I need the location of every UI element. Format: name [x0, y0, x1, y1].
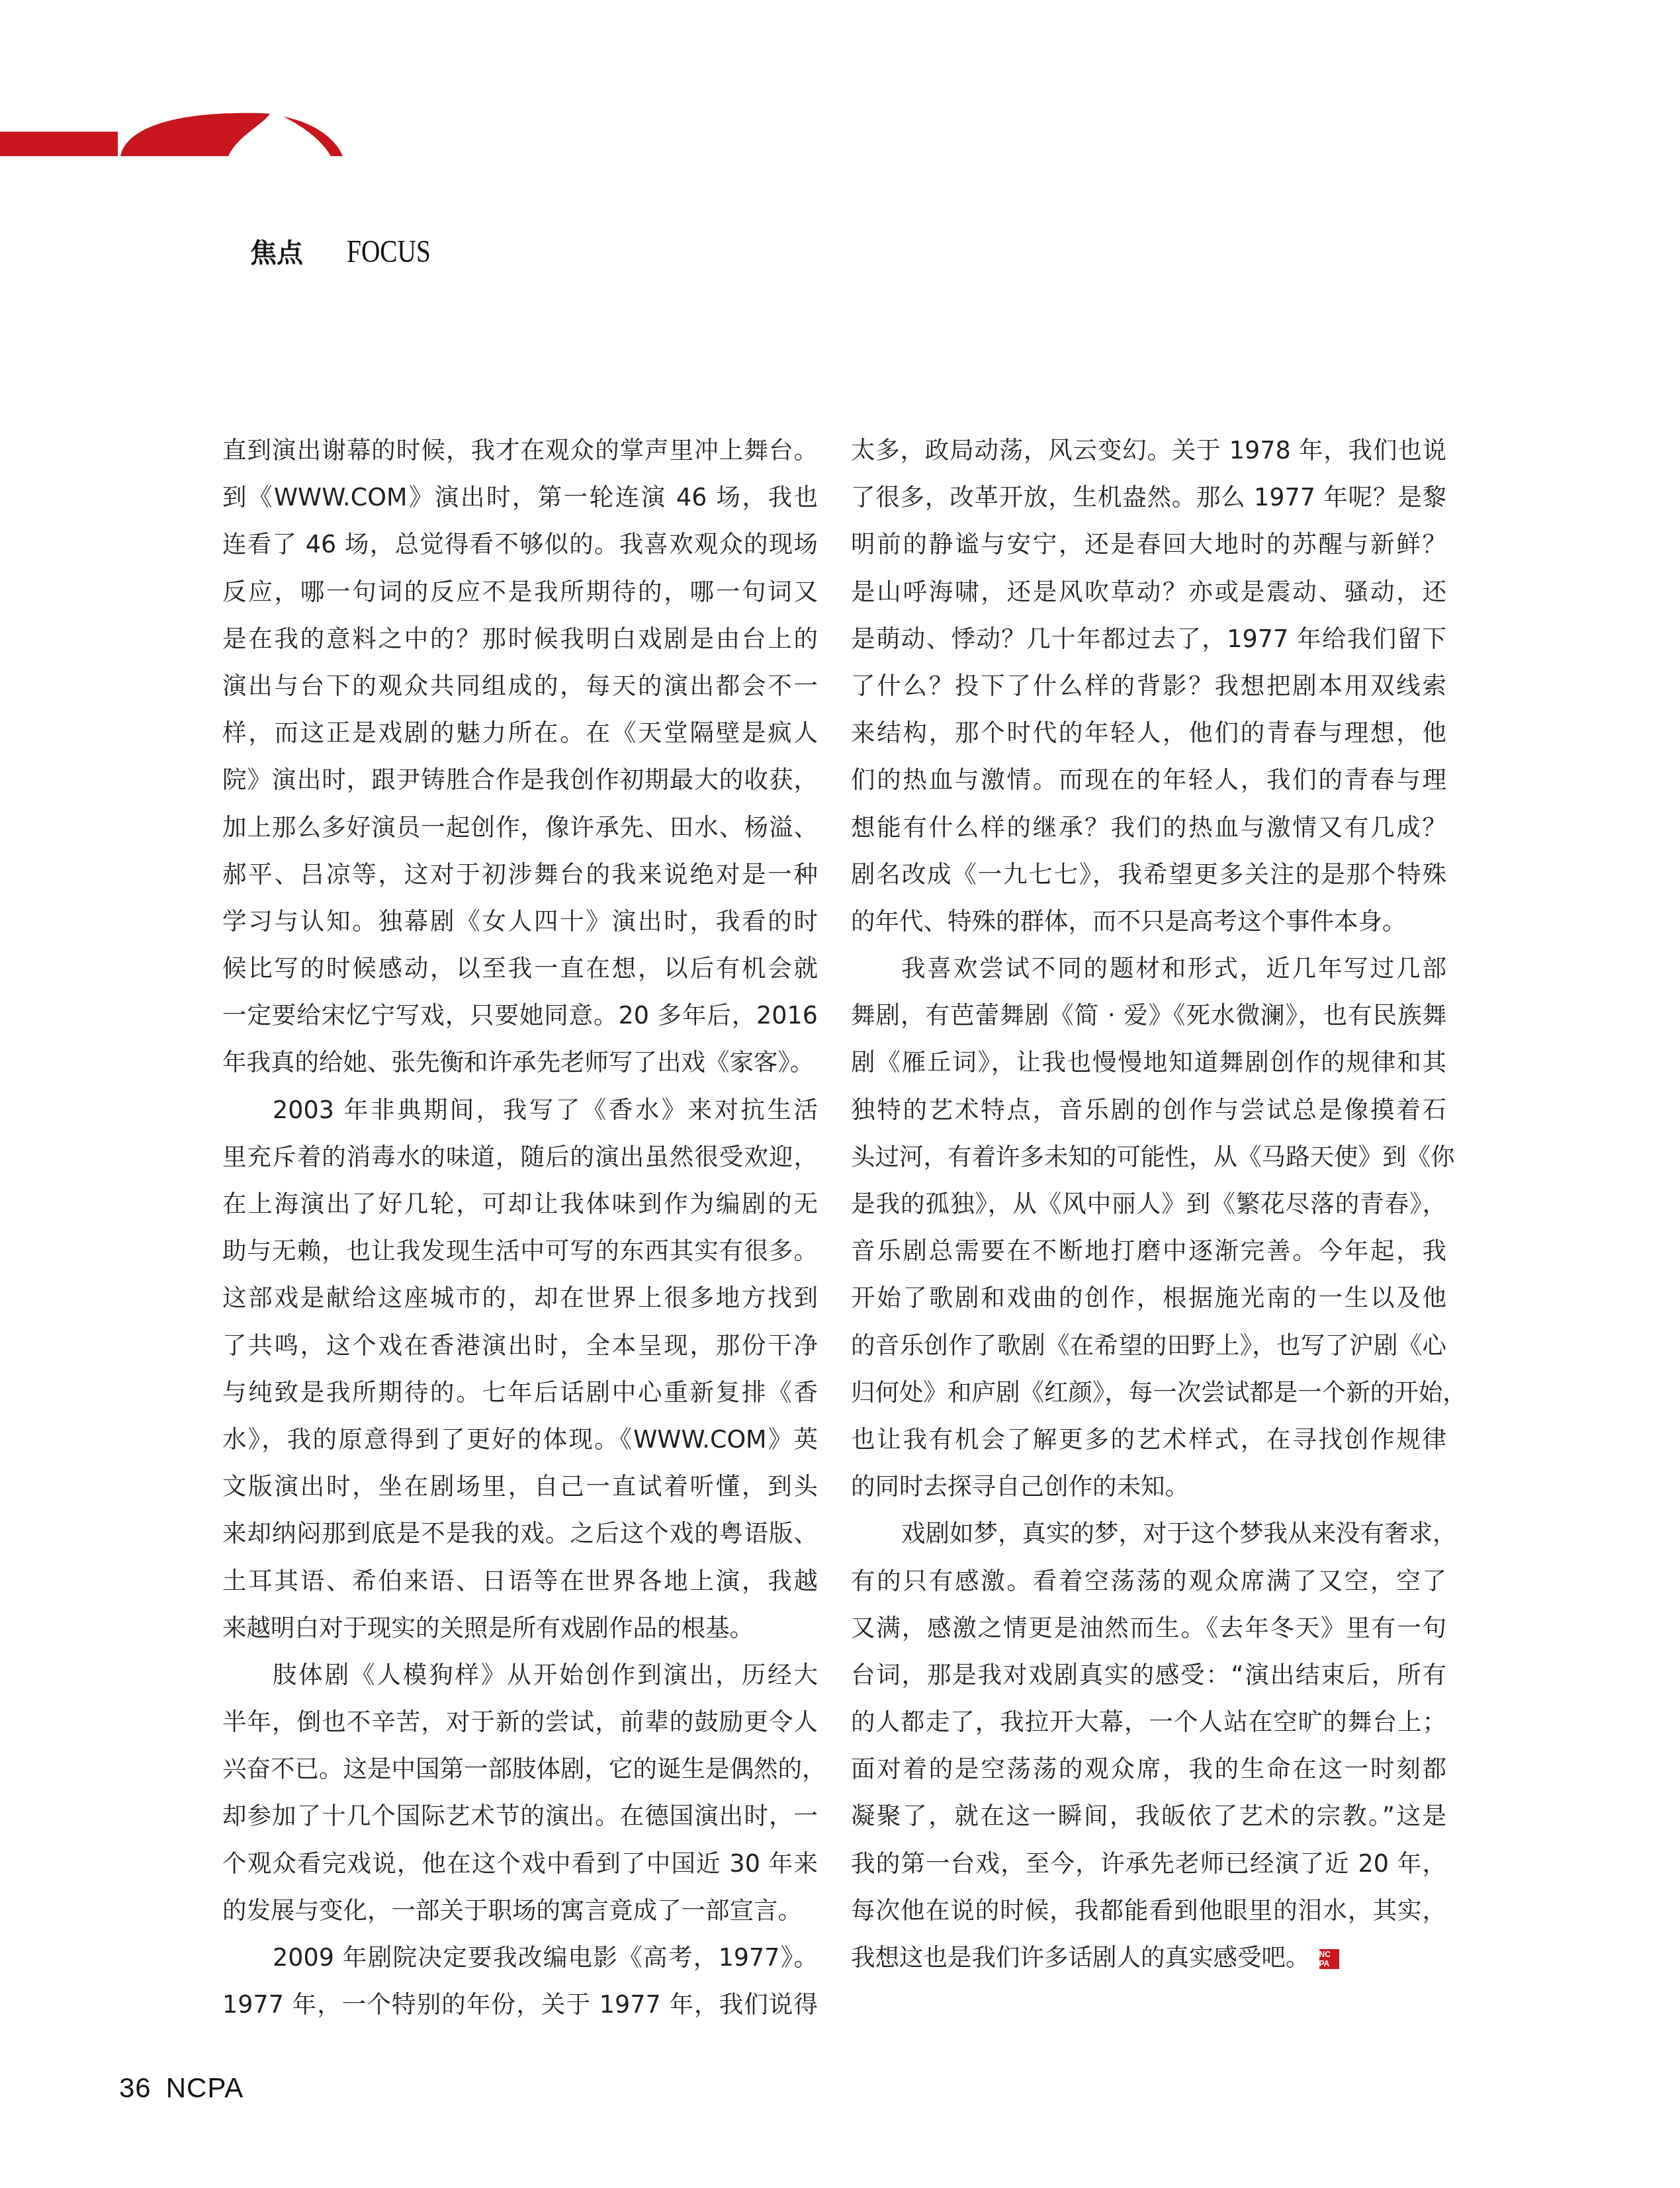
- text-line: 的音乐创作了歌剧《在希望的田野上》，也写了沪剧《心: [851, 1329, 1446, 1376]
- text-line: 音乐剧总需要在不断地打磨中逐渐完善。今年起，我: [851, 1234, 1446, 1281]
- text-line-content: 是在我的意料之中的？那时候我明白戏剧是由台上的: [222, 625, 818, 653]
- text-line: 候比写的时候感动，以至我一直在想，以后有机会就: [222, 951, 818, 998]
- text-line: 又满，感激之情更是油然而生。《去年冬天》里有一句: [851, 1611, 1446, 1658]
- text-line: 个观众看完戏说，他在这个戏中看到了中国近 30 年来: [222, 1847, 818, 1894]
- text-line-content: 剧《雁丘词》，让我也慢慢地知道舞剧创作的规律和其: [851, 1048, 1446, 1076]
- text-line: 文版演出时，坐在剧场里，自己一直试着听懂，到头: [222, 1469, 818, 1516]
- text-line: 归何处》和庐剧《红颜》，每一次尝试都是一个新的开始，: [851, 1376, 1446, 1422]
- text-line: 却参加了十几个国际艺术节的演出。在德国演出时，一: [222, 1799, 818, 1846]
- text-line-content: 了很多，改革开放，生机盎然。那么 1977 年呢？是黎: [851, 483, 1446, 511]
- text-line-content: 连看了 46 场，总觉得看不够似的。我喜欢观众的现场: [222, 530, 818, 558]
- text-line: 的发展与变化，一部关于职场的寓言竟成了一部宣言。: [222, 1894, 818, 1941]
- text-line: 样，而这正是戏剧的魅力所在。在《天堂隔壁是疯人: [222, 716, 818, 763]
- text-line-content: 我的第一台戏，至今，许承先老师已经演了近 20 年，: [851, 1849, 1446, 1878]
- text-line: 与纯致是我所期待的。七年后话剧中心重新复排《香: [222, 1376, 818, 1422]
- text-line-content: 个观众看完戏说，他在这个戏中看到了中国近 30 年来: [222, 1849, 818, 1878]
- text-line-content: 来却纳闷那到底是不是我的戏。之后这个戏的粤语版、: [222, 1519, 818, 1548]
- text-line: 明前的静谧与安宁，还是春回大地时的苏醒与新鲜？: [851, 527, 1446, 574]
- text-line-content: 兴奋不已。这是中国第一部肢体剧，它的诞生是偶然的，: [222, 1755, 826, 1783]
- text-line-content: 剧名改成《一九七七》，我希望更多关注的是那个特殊: [851, 860, 1446, 889]
- text-line-content: 面对着的是空荡荡的观众席，我的生命在这一时刻都: [851, 1755, 1446, 1783]
- text-line: 土耳其语、希伯来语、日语等在世界各地上演，我越: [222, 1564, 818, 1611]
- text-line-content: 演出与台下的观众共同组成的，每天的演出都会不一: [222, 672, 818, 700]
- text-line-content: 来结构，那个时代的年轻人，他们的青春与理想，他: [851, 719, 1446, 747]
- text-line: 了什么？投下了什么样的背影？我想把剧本用双线索: [851, 669, 1446, 716]
- text-line: 助与无赖，也让我发现生活中可写的东西其实有很多。: [222, 1234, 818, 1281]
- text-line-content: 我想这也是我们许多话剧人的真实感受吧。: [851, 1943, 1310, 1972]
- text-line: 年我真的给她、张先衡和许承先老师写了出戏《家客》。: [222, 1045, 818, 1092]
- text-line-content: 是我的孤独》，从《风中丽人》到《繁花尽落的青春》，: [851, 1190, 1446, 1218]
- text-line: 们的热血与激情。而现在的年轻人，我们的青春与理: [851, 763, 1446, 810]
- text-line-content: 有的只有感激。看着空荡荡的观众席满了又空，空了: [851, 1567, 1446, 1595]
- text-line-content: 在上海演出了好几轮，可却让我体味到作为编剧的无: [222, 1190, 818, 1218]
- text-line-content: 是山呼海啸，还是风吹草动？亦或是震动、骚动，还: [851, 578, 1446, 606]
- text-line: 半年，倒也不辛苦，对于新的尝试，前辈的鼓励更令人: [222, 1705, 818, 1752]
- text-line-content: 到《WWW.COM》演出时，第一轮连演 46 场，我也: [222, 483, 818, 511]
- text-line-content: 2003 年非典期间，我写了《香水》来对抗生活: [273, 1096, 818, 1124]
- text-line-content: 院》演出时，跟尹铸胜合作是我创作初期最大的收获，: [222, 766, 818, 794]
- text-line: 头过河，有着许多未知的可能性，从《马路天使》到《你: [851, 1140, 1446, 1187]
- text-line-content: 我喜欢尝试不同的题材和形式，近几年写过几部: [901, 954, 1446, 983]
- text-line-content: 样，而这正是戏剧的魅力所在。在《天堂隔壁是疯人: [222, 719, 818, 747]
- text-line-content: 土耳其语、希伯来语、日语等在世界各地上演，我越: [222, 1567, 818, 1595]
- text-line-content: 里充斥着的消毒水的味道，随后的演出虽然很受欢迎，: [222, 1143, 818, 1171]
- text-line: 这部戏是献给这座城市的，却在世界上很多地方找到: [222, 1281, 818, 1328]
- text-line: 1977 年，一个特别的年份，关于 1977 年，我们说得: [222, 1988, 818, 2035]
- text-line: 反应，哪一句词的反应不是我所期待的，哪一句词又: [222, 575, 818, 622]
- text-line: 面对着的是空荡荡的观众席，我的生命在这一时刻都: [851, 1752, 1446, 1799]
- text-line-content: 又满，感激之情更是油然而生。《去年冬天》里有一句: [851, 1614, 1446, 1642]
- article-column-left: 直到演出谢幕的时候，我才在观众的掌声里冲上舞台。到《WWW.COM》演出时，第一…: [222, 433, 818, 2035]
- text-line: 开始了歌剧和戏曲的创作，根据施光南的一生以及他: [851, 1281, 1446, 1328]
- text-line: 是在我的意料之中的？那时候我明白戏剧是由台上的: [222, 622, 818, 669]
- text-line: 2009 年剧院决定要我改编电影《高考，1977》。: [222, 1941, 818, 1988]
- text-line-content: 头过河，有着许多未知的可能性，从《马路天使》到《你: [851, 1143, 1455, 1171]
- text-line-content: 的年代、特殊的群体，而不只是高考这个事件本身。: [851, 907, 1407, 936]
- text-line: 院》演出时，跟尹铸胜合作是我创作初期最大的收获，: [222, 763, 818, 810]
- text-line-content: 反应，哪一句词的反应不是我所期待的，哪一句词又: [222, 578, 818, 606]
- text-line-content: 开始了歌剧和戏曲的创作，根据施光南的一生以及他: [851, 1284, 1446, 1312]
- text-line: 了共鸣，这个戏在香港演出时，全本呈现，那份干净: [222, 1329, 818, 1376]
- text-line: 想能有什么样的继承？我们的热血与激情又有几成？: [851, 810, 1446, 857]
- text-line-content: 年我真的给她、张先衡和许承先老师写了出戏《家客》。: [222, 1048, 814, 1076]
- text-line-content: 文版演出时，坐在剧场里，自己一直试着听懂，到头: [222, 1472, 818, 1501]
- text-line: 学习与认知。独幕剧《女人四十》演出时，我看的时: [222, 904, 818, 951]
- text-line-content: 是萌动、悸动？几十年都过去了，1977 年给我们留下: [851, 625, 1446, 653]
- text-line: 里充斥着的消毒水的味道，随后的演出虽然很受欢迎，: [222, 1140, 818, 1187]
- text-line: 独特的艺术特点，音乐剧的创作与尝试总是像摸着石: [851, 1093, 1446, 1140]
- text-line: 太多，政局动荡，风云变幻。关于 1978 年，我们也说: [851, 433, 1446, 480]
- text-line-content: 了共鸣，这个戏在香港演出时，全本呈现，那份干净: [222, 1331, 818, 1360]
- text-line-content: 归何处》和庐剧《红颜》，每一次尝试都是一个新的开始，: [851, 1378, 1467, 1407]
- text-line: 肢体剧《人模狗样》从开始创作到演出，历经大: [222, 1658, 818, 1705]
- text-line-content: 台词，那是我对戏剧真实的感受：“演出结束后，所有: [851, 1661, 1446, 1689]
- text-line-content: 郝平、吕凉等，这对于初涉舞台的我来说绝对是一种: [222, 860, 818, 889]
- text-line-content: 学习与认知。独幕剧《女人四十》演出时，我看的时: [222, 907, 818, 936]
- text-line: 的年代、特殊的群体，而不只是高考这个事件本身。: [851, 904, 1446, 951]
- text-line: 来结构，那个时代的年轻人，他们的青春与理想，他: [851, 716, 1446, 763]
- section-banner-icon: [0, 106, 476, 172]
- text-line-content: 1977 年，一个特别的年份，关于 1977 年，我们说得: [222, 1990, 818, 2019]
- text-line: 演出与台下的观众共同组成的，每天的演出都会不一: [222, 669, 818, 716]
- text-line-content: 候比写的时候感动，以至我一直在想，以后有机会就: [222, 954, 818, 983]
- text-line: 凝聚了，就在这一瞬间，我皈依了艺术的宗教。”这是: [851, 1799, 1446, 1846]
- text-line: 是萌动、悸动？几十年都过去了，1977 年给我们留下: [851, 622, 1446, 669]
- text-line-content: 这部戏是献给这座城市的，却在世界上很多地方找到: [222, 1284, 818, 1312]
- text-line-content: 的同时去探寻自己创作的未知。: [851, 1472, 1189, 1501]
- publication-name: NCPA: [166, 2072, 244, 2103]
- text-line: 郝平、吕凉等，这对于初涉舞台的我来说绝对是一种: [222, 857, 818, 904]
- text-line: 我的第一台戏，至今，许承先老师已经演了近 20 年，: [851, 1847, 1446, 1894]
- text-line: 在上海演出了好几轮，可却让我体味到作为编剧的无: [222, 1187, 818, 1234]
- text-line-content: 的音乐创作了歌剧《在希望的田野上》，也写了沪剧《心: [851, 1331, 1446, 1360]
- text-line: 加上那么多好演员一起创作，像许承先、田水、杨溢、: [222, 810, 818, 857]
- text-line-content: 水》，我的原意得到了更好的体现。《WWW.COM》英: [222, 1425, 818, 1454]
- text-line: 剧名改成《一九七七》，我希望更多关注的是那个特殊: [851, 857, 1446, 904]
- text-line: 我喜欢尝试不同的题材和形式，近几年写过几部: [851, 951, 1446, 998]
- text-line: 也让我有机会了解更多的艺术样式，在寻找创作规律: [851, 1422, 1446, 1469]
- text-line-content: 独特的艺术特点，音乐剧的创作与尝试总是像摸着石: [851, 1096, 1446, 1124]
- text-line: 我想这也是我们许多话剧人的真实感受吧。NCPA: [851, 1941, 1446, 1988]
- section-title-en: FOCUS: [347, 236, 431, 269]
- text-line-content: 的发展与变化，一部关于职场的寓言竟成了一部宣言。: [222, 1896, 802, 1925]
- text-line-content: 助与无赖，也让我发现生活中可写的东西其实有很多。: [222, 1237, 818, 1265]
- text-line-content: 与纯致是我所期待的。七年后话剧中心重新复排《香: [222, 1378, 818, 1407]
- text-line: 2003 年非典期间，我写了《香水》来对抗生活: [222, 1093, 818, 1140]
- text-line-content: 半年，倒也不辛苦，对于新的尝试，前辈的鼓励更令人: [222, 1708, 818, 1736]
- text-line-content: 凝聚了，就在这一瞬间，我皈依了艺术的宗教。”这是: [851, 1802, 1446, 1830]
- text-line-content: 也让我有机会了解更多的艺术样式，在寻找创作规律: [851, 1425, 1446, 1454]
- text-line: 的人都走了，我拉开大幕，一个人站在空旷的舞台上；: [851, 1705, 1446, 1752]
- text-line-content: 一定要给宋忆宁写戏，只要她同意。20 多年后，2016: [222, 1001, 818, 1029]
- text-line: 舞剧，有芭蕾舞剧《简 · 爱》《死水微澜》，也有民族舞: [851, 998, 1446, 1045]
- end-mark-bottom: PA: [1319, 1959, 1339, 1968]
- section-header: 焦点 FOCUS: [0, 106, 476, 172]
- text-line: 兴奋不已。这是中国第一部肢体剧，它的诞生是偶然的，: [222, 1752, 818, 1799]
- text-line-content: 肢体剧《人模狗样》从开始创作到演出，历经大: [273, 1661, 818, 1689]
- text-line: 的同时去探寻自己创作的未知。: [851, 1469, 1446, 1516]
- page-footer: 36NCPA: [119, 2072, 243, 2104]
- text-line: 来越明白对于现实的关照是所有戏剧作品的根基。: [222, 1611, 818, 1658]
- text-line: 连看了 46 场，总觉得看不够似的。我喜欢观众的现场: [222, 527, 818, 574]
- text-line-content: 直到演出谢幕的时候，我才在观众的掌声里冲上舞台。: [222, 436, 818, 464]
- text-line: 每次他在说的时候，我都能看到他眼里的泪水，其实，: [851, 1894, 1446, 1941]
- text-line-content: 戏剧如梦，真实的梦，对于这个梦我从来没有奢求，: [901, 1519, 1457, 1548]
- text-line-content: 了什么？投下了什么样的背影？我想把剧本用双线索: [851, 672, 1446, 700]
- text-line: 是山呼海啸，还是风吹草动？亦或是震动、骚动，还: [851, 575, 1446, 622]
- text-line-content: 加上那么多好演员一起创作，像许承先、田水、杨溢、: [222, 813, 818, 842]
- section-title-cn: 焦点: [250, 238, 303, 269]
- text-line: 有的只有感激。看着空荡荡的观众席满了又空，空了: [851, 1564, 1446, 1611]
- text-line-content: 们的热血与激情。而现在的年轻人，我们的青春与理: [851, 766, 1446, 794]
- text-line: 台词，那是我对戏剧真实的感受：“演出结束后，所有: [851, 1658, 1446, 1705]
- text-line-content: 太多，政局动荡，风云变幻。关于 1978 年，我们也说: [851, 436, 1446, 464]
- text-line-content: 舞剧，有芭蕾舞剧《简 · 爱》《死水微澜》，也有民族舞: [851, 1001, 1446, 1029]
- text-line: 是我的孤独》，从《风中丽人》到《繁花尽落的青春》，: [851, 1187, 1446, 1234]
- text-line-content: 却参加了十几个国际艺术节的演出。在德国演出时，一: [222, 1802, 818, 1830]
- text-line-content: 2009 年剧院决定要我改编电影《高考，1977》。: [273, 1943, 818, 1972]
- text-line-content: 想能有什么样的继承？我们的热血与激情又有几成？: [851, 813, 1446, 842]
- text-line-content: 音乐剧总需要在不断地打磨中逐渐完善。今年起，我: [851, 1237, 1446, 1265]
- text-line-content: 的人都走了，我拉开大幕，一个人站在空旷的舞台上；: [851, 1708, 1446, 1736]
- text-line-content: 明前的静谧与安宁，还是春回大地时的苏醒与新鲜？: [851, 530, 1446, 558]
- text-line: 剧《雁丘词》，让我也慢慢地知道舞剧创作的规律和其: [851, 1045, 1446, 1092]
- ncpa-end-mark-icon: NCPA: [1319, 1949, 1339, 1969]
- text-line: 来却纳闷那到底是不是我的戏。之后这个戏的粤语版、: [222, 1516, 818, 1563]
- text-line-content: 每次他在说的时候，我都能看到他眼里的泪水，其实，: [851, 1896, 1446, 1925]
- text-line-content: 来越明白对于现实的关照是所有戏剧作品的根基。: [222, 1614, 754, 1642]
- text-line: 水》，我的原意得到了更好的体现。《WWW.COM》英: [222, 1422, 818, 1469]
- text-line: 一定要给宋忆宁写戏，只要她同意。20 多年后，2016: [222, 998, 818, 1045]
- page-number: 36: [119, 2072, 152, 2103]
- article-column-right: 太多，政局动荡，风云变幻。关于 1978 年，我们也说了很多，改革开放，生机盎然…: [851, 433, 1446, 1988]
- text-line: 直到演出谢幕的时候，我才在观众的掌声里冲上舞台。: [222, 433, 818, 480]
- text-line: 戏剧如梦，真实的梦，对于这个梦我从来没有奢求，: [851, 1516, 1446, 1563]
- text-line: 到《WWW.COM》演出时，第一轮连演 46 场，我也: [222, 480, 818, 527]
- text-line: 了很多，改革开放，生机盎然。那么 1977 年呢？是黎: [851, 480, 1446, 527]
- end-mark-top: NC: [1319, 1950, 1339, 1959]
